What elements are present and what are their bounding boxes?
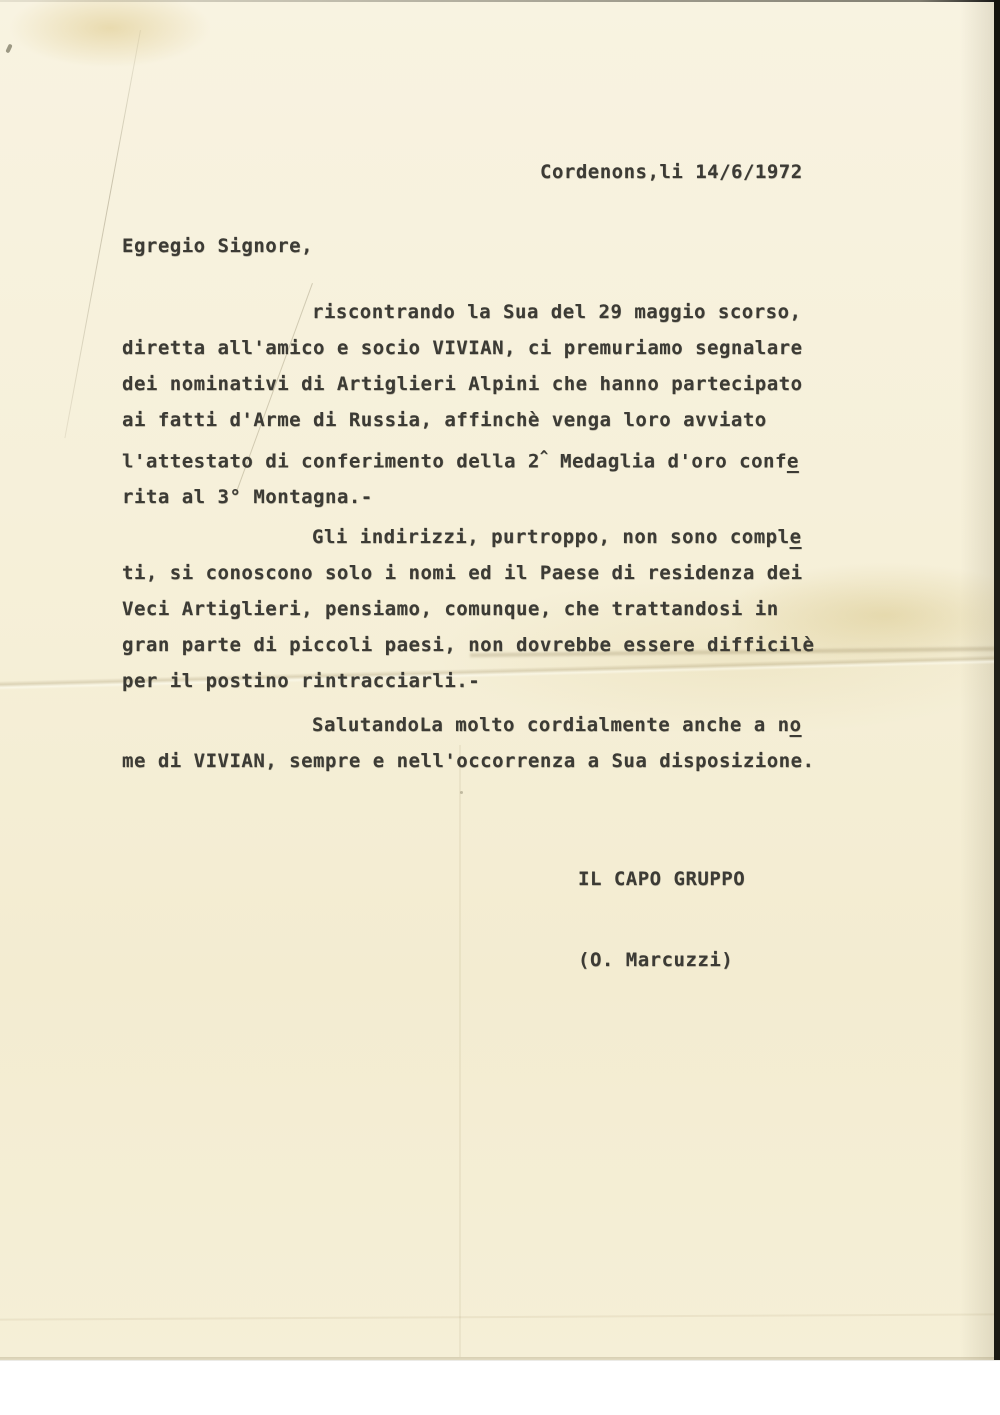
letter-text: per il postino rintracciarli.- — [122, 670, 480, 692]
letter-line: ai fatti d'Arme di Russia, affinchè veng… — [122, 402, 803, 438]
letter-line: l'attestato di conferimento della 2^ Med… — [122, 438, 803, 479]
letter-line: Veci Artiglieri, pensiamo, comunque, che… — [122, 591, 814, 627]
letter-text: SalutandoLa molto cordialmente anche a n — [312, 714, 790, 736]
letter-text: dei nominativi di Artiglieri Alpini che … — [122, 373, 803, 395]
letter-line: riscontrando la Sua del 29 maggio scorso… — [122, 294, 803, 330]
letter-paragraph: riscontrando la Sua del 29 maggio scorso… — [122, 294, 803, 515]
letter-text: Veci Artiglieri, pensiamo, comunque, che… — [122, 598, 779, 620]
letter-line: per il postino rintracciarli.- — [122, 663, 814, 699]
scan-edge-top — [0, 0, 1000, 2]
letter-text: ai fatti d'Arme di Russia, affinchè veng… — [122, 409, 767, 431]
underlined-text: e — [787, 450, 799, 472]
letter-line: gran parte di piccoli paesi, non dovrebb… — [122, 627, 814, 663]
signature-title: IL CAPO GRUPPO — [578, 866, 745, 893]
letter-text: rita al 3° Montagna.- — [122, 486, 373, 508]
paper-bottom-edge — [0, 1357, 1000, 1361]
letter-text: Medaglia d'oro conf — [548, 450, 787, 472]
underlined-text: o — [790, 714, 802, 736]
signature-block: IL CAPO GRUPPO (O. Marcuzzi) — [578, 812, 745, 1028]
letter-line: SalutandoLa molto cordialmente anche a n… — [122, 707, 814, 743]
superscript-text: ^ — [540, 448, 548, 464]
dateline: Cordenons,li 14/6/1972 — [540, 160, 803, 184]
letter-line: ti, si conoscono solo i nomi ed il Paese… — [122, 555, 814, 591]
letter-text: Gli indirizzi, purtroppo, non sono compl — [312, 526, 790, 548]
signature-name: (O. Marcuzzi) — [578, 947, 745, 974]
ink-speck — [5, 44, 12, 54]
letter-paragraph: Gli indirizzi, purtroppo, non sono compl… — [122, 519, 814, 699]
letter-paragraph: SalutandoLa molto cordialmente anche a n… — [122, 707, 814, 779]
fold-crease — [0, 1313, 1000, 1320]
ink-speck — [460, 791, 463, 794]
scanned-letter: Cordenons,li 14/6/1972 Egregio Signore, … — [0, 0, 1000, 1415]
fold-crease-vertical — [459, 745, 461, 1357]
letter-text: diretta all'amico e socio VIVIAN, ci pre… — [122, 337, 803, 359]
letter-line: diretta all'amico e socio VIVIAN, ci pre… — [122, 330, 803, 366]
salutation: Egregio Signore, — [122, 234, 313, 258]
letter-text: l'attestato di conferimento della 2 — [122, 450, 540, 472]
letter-text: riscontrando la Sua del 29 maggio scorso… — [312, 301, 802, 323]
scan-edge-right — [994, 0, 1000, 1360]
letter-text: gran parte di piccoli paesi, non dovrebb… — [122, 634, 814, 656]
letter-line: me di VIVIAN, sempre e nell'occorrenza a… — [122, 743, 814, 779]
paper-sheet: Cordenons,li 14/6/1972 Egregio Signore, … — [0, 0, 1000, 1360]
letter-text: me di VIVIAN, sempre e nell'occorrenza a… — [122, 750, 814, 772]
underlined-text: e — [790, 526, 802, 548]
letter-text: ti, si conoscono solo i nomi ed il Paese… — [122, 562, 803, 584]
letter-line: dei nominativi di Artiglieri Alpini che … — [122, 366, 803, 402]
letter-line: rita al 3° Montagna.- — [122, 479, 803, 515]
letter-line: Gli indirizzi, purtroppo, non sono compl… — [122, 519, 814, 555]
